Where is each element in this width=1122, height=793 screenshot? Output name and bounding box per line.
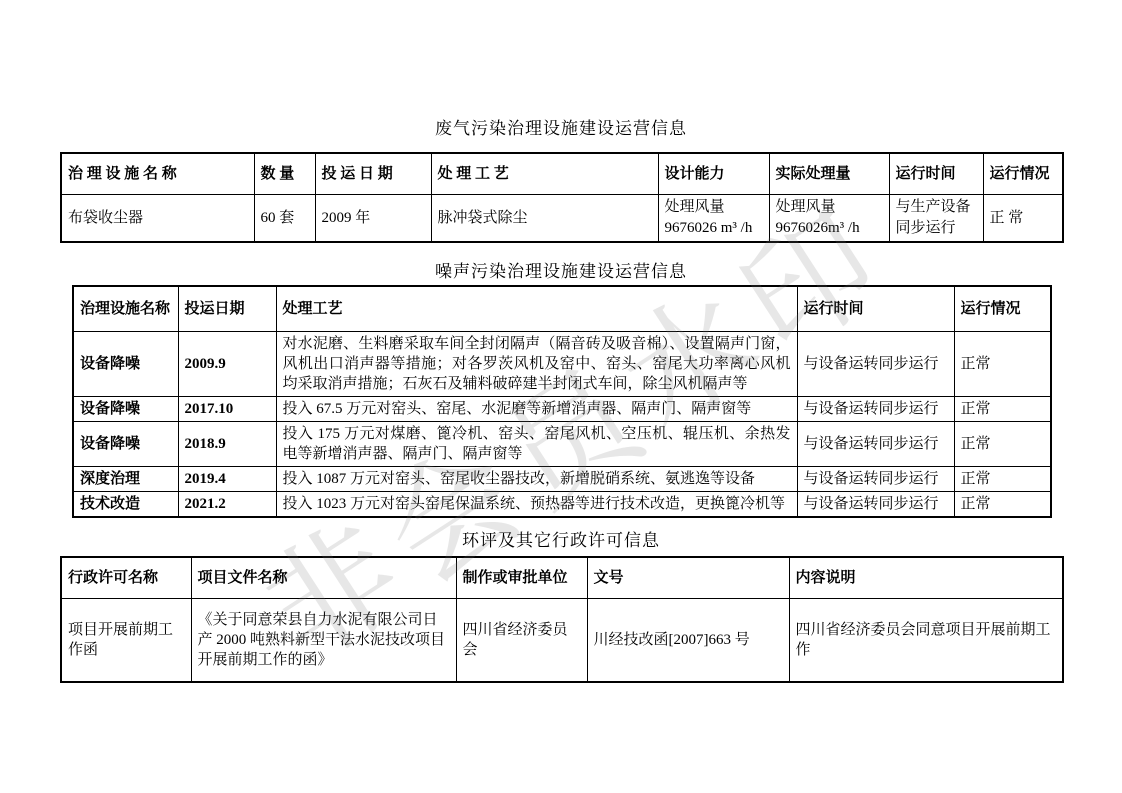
waste-gas-section-title: 废气污染治理设施建设运营信息 xyxy=(0,118,1122,140)
waste-gas-data-row: 布袋收尘器 60 套 2009 年 脉冲袋式除尘 处理风量 9676026 m³… xyxy=(61,195,1063,243)
cell-document-name: 《关于同意荣县自力水泥有限公司日产 2000 吨熟料新型干法水泥技改项目开展前期… xyxy=(191,599,456,683)
header-quantity: 数 量 xyxy=(254,153,315,195)
cell-process: 投入 1023 万元对窑头窑尾保温系统、预热器等进行技术改造，更换篦冷机等 xyxy=(276,492,797,518)
cell-commission-date: 2017.10 xyxy=(178,397,276,422)
cell-facility-name: 设备降噪 xyxy=(73,397,178,422)
permits-section-title: 环评及其它行政许可信息 xyxy=(0,530,1122,552)
table-row: 技术改造 2021.2 投入 1023 万元对窑头窑尾保温系统、预热器等进行技术… xyxy=(73,492,1051,518)
cell-runtime: 与设备运转同步运行 xyxy=(797,397,954,422)
cell-status: 正常 xyxy=(954,422,1051,467)
header-facility-name: 治 理 设 施 名 称 xyxy=(61,153,254,195)
cell-commission-date: 2018.9 xyxy=(178,422,276,467)
cell-facility-name: 设备降噪 xyxy=(73,332,178,397)
table-row: 设备降噪 2018.9 投入 175 万元对煤磨、篦冷机、窑头、窑尾风机、空压机… xyxy=(73,422,1051,467)
header-authority: 制作或审批单位 xyxy=(456,557,587,599)
document-page: { "watermark": { "text": "非会员水印" }, "was… xyxy=(0,0,1122,793)
header-process: 处理工艺 xyxy=(276,286,797,332)
header-commission-date: 投 运 日 期 xyxy=(315,153,431,195)
cell-process: 对水泥磨、生料磨采取车间全封闭隔声（隔音砖及吸音棉）、设置隔声门窗，风机出口消声… xyxy=(276,332,797,397)
design-capacity-line2: 9676026 m³ /h xyxy=(665,218,763,239)
cell-status: 正常 xyxy=(954,332,1051,397)
table-row: 设备降噪 2017.10 投入 67.5 万元对窑头、窑尾、水泥磨等新增消声器、… xyxy=(73,397,1051,422)
cell-status: 正常 xyxy=(954,492,1051,518)
cell-quantity: 60 套 xyxy=(254,195,315,243)
cell-actual-amount: 处理风量 9676026m³ /h xyxy=(769,195,889,243)
cell-status: 正常 xyxy=(954,397,1051,422)
cell-facility-name: 设备降噪 xyxy=(73,422,178,467)
cell-status: 正常 xyxy=(954,467,1051,492)
cell-process: 投入 175 万元对煤磨、篦冷机、窑头、窑尾风机、空压机、辊压机、余热发电等新增… xyxy=(276,422,797,467)
cell-commission-date: 2009.9 xyxy=(178,332,276,397)
table-row: 深度治理 2019.4 投入 1087 万元对窑头、窑尾收尘器技改，新增脱硝系统… xyxy=(73,467,1051,492)
cell-commission-date: 2019.4 xyxy=(178,467,276,492)
cell-description: 四川省经济委员会同意项目开展前期工作 xyxy=(789,599,1063,683)
cell-authority: 四川省经济委员会 xyxy=(456,599,587,683)
header-document-number: 文号 xyxy=(587,557,789,599)
runtime-line2: 同步运行 xyxy=(896,218,977,239)
header-commission-date: 投运日期 xyxy=(178,286,276,332)
header-facility-name: 治理设施名称 xyxy=(73,286,178,332)
header-runtime: 运行时间 xyxy=(797,286,954,332)
actual-amount-line2: 9676026m³ /h xyxy=(776,218,883,239)
cell-process: 脉冲袋式除尘 xyxy=(431,195,658,243)
cell-permit-name: 项目开展前期工作函 xyxy=(61,599,191,683)
header-permit-name: 行政许可名称 xyxy=(61,557,191,599)
cell-facility-name: 技术改造 xyxy=(73,492,178,518)
cell-document-number: 川经技改函[2007]663 号 xyxy=(587,599,789,683)
header-actual-amount: 实际处理量 xyxy=(769,153,889,195)
waste-gas-table: 治 理 设 施 名 称 数 量 投 运 日 期 处 理 工 艺 设计能力 实际处… xyxy=(60,152,1064,243)
cell-process: 投入 67.5 万元对窑头、窑尾、水泥磨等新增消声器、隔声门、隔声窗等 xyxy=(276,397,797,422)
cell-commission-date: 2009 年 xyxy=(315,195,431,243)
cell-facility-name: 布袋收尘器 xyxy=(61,195,254,243)
cell-status: 正 常 xyxy=(983,195,1063,243)
noise-header-row: 治理设施名称 投运日期 处理工艺 运行时间 运行情况 xyxy=(73,286,1051,332)
cell-runtime: 与生产设备 同步运行 xyxy=(889,195,983,243)
noise-section-title: 噪声污染治理设施建设运营信息 xyxy=(0,261,1122,283)
table-row: 项目开展前期工作函 《关于同意荣县自力水泥有限公司日产 2000 吨熟料新型干法… xyxy=(61,599,1063,683)
header-runtime: 运行时间 xyxy=(889,153,983,195)
cell-design-capacity: 处理风量 9676026 m³ /h xyxy=(658,195,769,243)
cell-runtime: 与设备运转同步运行 xyxy=(797,492,954,518)
header-document-name: 项目文件名称 xyxy=(191,557,456,599)
design-capacity-line1: 处理风量 xyxy=(665,197,763,218)
runtime-line1: 与生产设备 xyxy=(896,197,977,218)
header-status: 运行情况 xyxy=(983,153,1063,195)
table-row: 设备降噪 2009.9 对水泥磨、生料磨采取车间全封闭隔声（隔音砖及吸音棉）、设… xyxy=(73,332,1051,397)
header-design-capacity: 设计能力 xyxy=(658,153,769,195)
cell-runtime: 与设备运转同步运行 xyxy=(797,332,954,397)
cell-facility-name: 深度治理 xyxy=(73,467,178,492)
actual-amount-line1: 处理风量 xyxy=(776,197,883,218)
cell-runtime: 与设备运转同步运行 xyxy=(797,422,954,467)
cell-commission-date: 2021.2 xyxy=(178,492,276,518)
permits-header-row: 行政许可名称 项目文件名称 制作或审批单位 文号 内容说明 xyxy=(61,557,1063,599)
header-status: 运行情况 xyxy=(954,286,1051,332)
header-process: 处 理 工 艺 xyxy=(431,153,658,195)
permits-table: 行政许可名称 项目文件名称 制作或审批单位 文号 内容说明 项目开展前期工作函 … xyxy=(60,556,1064,683)
cell-runtime: 与设备运转同步运行 xyxy=(797,467,954,492)
cell-process: 投入 1087 万元对窑头、窑尾收尘器技改，新增脱硝系统、氨逃逸等设备 xyxy=(276,467,797,492)
noise-table: 治理设施名称 投运日期 处理工艺 运行时间 运行情况 设备降噪 2009.9 对… xyxy=(72,285,1052,518)
waste-gas-header-row: 治 理 设 施 名 称 数 量 投 运 日 期 处 理 工 艺 设计能力 实际处… xyxy=(61,153,1063,195)
header-description: 内容说明 xyxy=(789,557,1063,599)
